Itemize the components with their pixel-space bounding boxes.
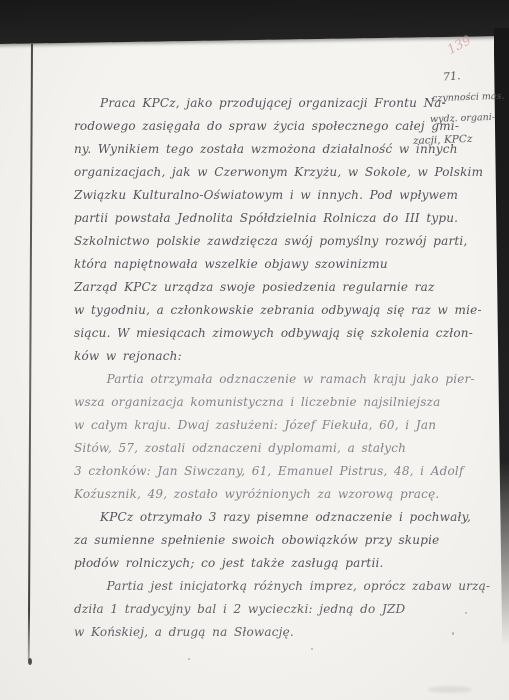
handwritten-line: wsza organizacja komunistyczna i liczebn…: [74, 391, 490, 414]
binding-crease-line: [28, 44, 33, 660]
handwritten-line: siącu. W miesiącach zimowych odbywają si…: [74, 322, 490, 345]
handwritten-line: dziła 1 tradycyjny bal i 2 wycieczki: je…: [74, 598, 490, 621]
handwritten-line: rodowego zasięgała do spraw życia społec…: [74, 115, 490, 138]
ink-speck: [311, 648, 313, 650]
handwritten-line: w Końskiej, a drugą na Słowację.: [74, 621, 490, 644]
handwritten-line: Partia otrzymała odznaczenie w ramach kr…: [74, 368, 490, 391]
handwritten-line: za sumienne spełnienie swoich obowiązków…: [74, 529, 490, 552]
handwritten-line: w całym kraju. Dwaj zasłużeni: Józef Fie…: [74, 414, 490, 437]
handwritten-line: ków w rejonach:: [74, 345, 490, 368]
handwritten-line: Praca KPCz, jako przodującej organizacji…: [74, 92, 490, 115]
handwritten-line: Sitów, 57, zostali odznaczeni dyplomami,…: [74, 437, 490, 460]
handwritten-line: w tygodniu, a członkowskie zebrania odby…: [74, 299, 490, 322]
handwritten-line: Koźusznik, 49, zostało wyróżnionych za w…: [74, 483, 490, 506]
handwritten-line: 3 członków: Jan Siwczany, 61, Emanuel Pi…: [74, 460, 490, 483]
scan-smudge: [428, 686, 472, 693]
folio-number: 71.: [443, 69, 461, 83]
handwritten-line: KPCz otrzymało 3 razy pisemne odznaczeni…: [74, 506, 490, 529]
handwritten-line: Szkolnictwo polskie zawdzięcza swój pomy…: [74, 230, 490, 253]
paragraph: Partia otrzymała odznaczenie w ramach kr…: [74, 368, 490, 506]
handwritten-line: Partia jest inicjatorką różnych imprez, …: [74, 575, 490, 598]
handwritten-line: partii powstała Jednolita Spółdzielnia R…: [74, 207, 490, 230]
page-edge-shadow: [494, 28, 509, 646]
handwritten-text: Praca KPCz, jako przodującej organizacji…: [74, 92, 490, 644]
crease-ink-blob: [28, 658, 32, 665]
handwritten-line: organizacjach, jak w Czerwonym Krzyżu, w…: [74, 161, 490, 184]
paragraph: Praca KPCz, jako przodującej organizacji…: [74, 92, 490, 368]
handwritten-line: która napiętnowała wszelkie objawy szowi…: [74, 253, 490, 276]
handwritten-line: Związku Kulturalno-Oświatowym i w innych…: [74, 184, 490, 207]
paragraph: Partia jest inicjatorką różnych imprez, …: [74, 575, 490, 644]
ink-speck: [188, 658, 190, 660]
ink-speck: [452, 632, 454, 635]
handwritten-line: płodów rolniczych; co jest także zasługą…: [74, 552, 490, 575]
scan-backdrop-top: [0, 0, 509, 44]
handwritten-line: Zarząd KPCz urządza swoje posiedzenia re…: [74, 276, 490, 299]
paragraph: KPCz otrzymało 3 razy pisemne odznaczeni…: [74, 506, 490, 575]
handwritten-line: ny. Wynikiem tego została wzmożona dział…: [74, 138, 490, 161]
scanned-document-page: 139 71. czynności mas. wydz. organi- zac…: [0, 0, 509, 700]
ink-speck: [465, 612, 467, 614]
